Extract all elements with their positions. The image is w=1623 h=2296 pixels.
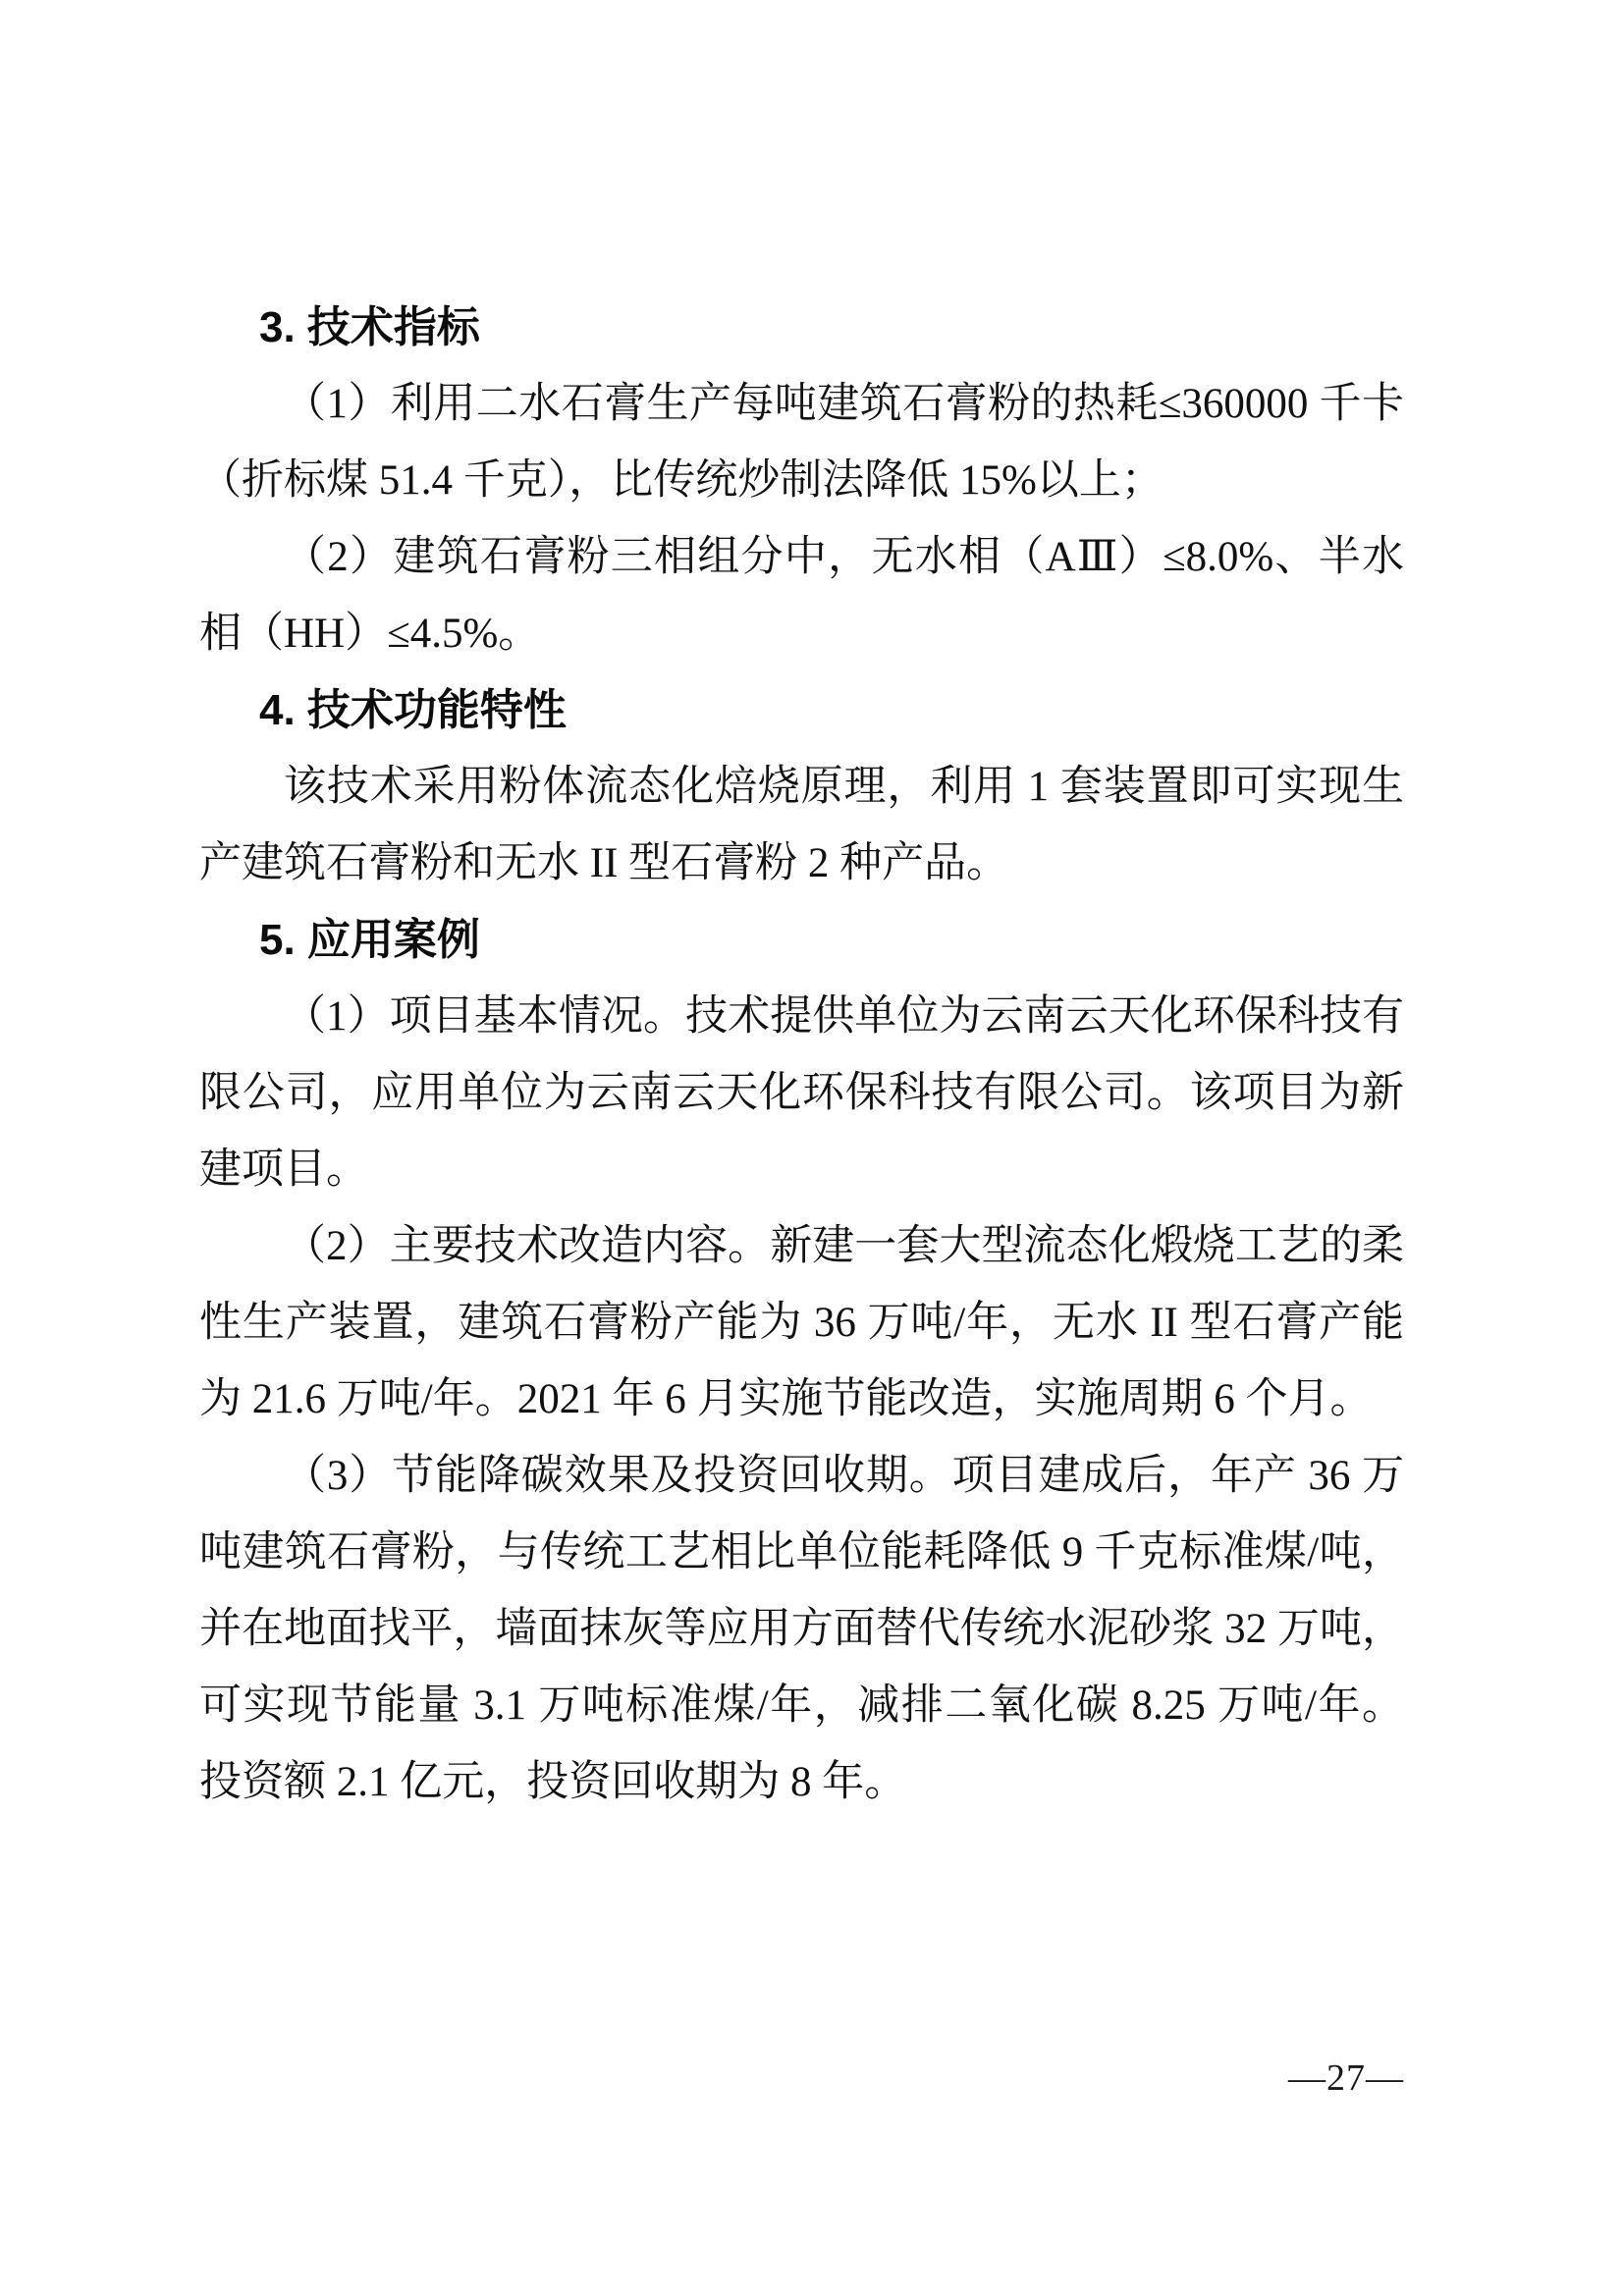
heading-technical-features: 4. 技术功能特性: [199, 672, 1404, 749]
para-case-renovation: （2）主要技术改造内容。新建一套大型流态化煅烧工艺的柔性生产装置，建筑石膏粉产能…: [199, 1208, 1404, 1438]
heading-technical-indicators: 3. 技术指标: [199, 290, 1404, 366]
page-number: —27—: [1288, 2056, 1404, 2100]
para-indicator-1: （1）利用二水石膏生产每吨建筑石膏粉的热耗≤360000 千卡（折标煤 51.4…: [199, 366, 1404, 519]
para-indicator-2: （2）建筑石膏粉三相组分中，无水相（AⅢ）≤8.0%、半水相（HH）≤4.5%。: [199, 519, 1404, 672]
document-body: 3. 技术指标 （1）利用二水石膏生产每吨建筑石膏粉的热耗≤360000 千卡（…: [199, 290, 1404, 1821]
para-features: 该技术采用粉体流态化焙烧原理，利用 1 套装置即可实现生产建筑石膏粉和无水 II…: [199, 749, 1404, 902]
para-case-overview: （1）项目基本情况。技术提供单位为云南云天化环保科技有限公司，应用单位为云南云天…: [199, 979, 1404, 1208]
para-case-results: （3）节能降碳效果及投资回收期。项目建成后，年产 36 万吨建筑石膏粉，与传统工…: [199, 1438, 1404, 1821]
document-page: 3. 技术指标 （1）利用二水石膏生产每吨建筑石膏粉的热耗≤360000 千卡（…: [0, 0, 1623, 2296]
heading-application-cases: 5. 应用案例: [199, 902, 1404, 979]
